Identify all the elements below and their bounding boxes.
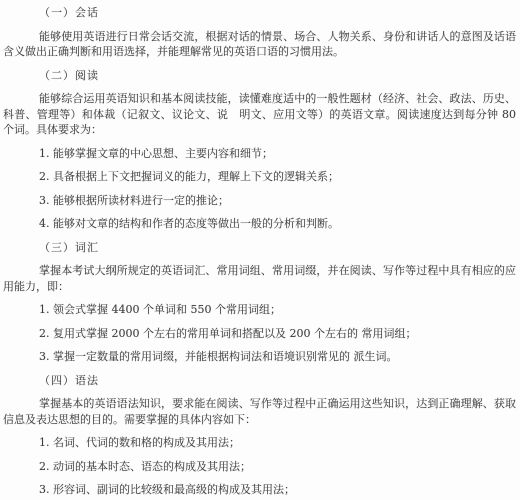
list-item-grammar-3: 3. 形容词、副词的比较级和最高级的构成及其用法；: [3, 482, 516, 498]
list-item-reading-2: 2. 具备根据上下文把握词义的能力，理解上下文的逻辑关系；: [3, 169, 516, 185]
paragraph-vocabulary: 掌握本考试大纲所规定的英语词汇、常用词组、常用词缀，并在阅读、写作等过程中具有相…: [3, 263, 516, 294]
list-item-vocabulary-1: 1. 领会式掌握 4400 个单词和 550 个常用词组；: [3, 302, 516, 318]
list-item-reading-3: 3. 能够根据所读材料进行一定的推论；: [3, 193, 516, 209]
section-heading-vocabulary: （三）词汇: [3, 240, 516, 256]
document-page: （一）会话 能够使用英语进行日常会话交流，根据对话的情景、场合、人物关系、身份和…: [0, 0, 520, 500]
paragraph-conversation: 能够使用英语进行日常会话交流，根据对话的情景、场合、人物关系、身份和讲话人的意图…: [3, 29, 516, 60]
paragraph-reading: 能够综合运用英语知识和基本阅读技能，读懂难度适中的一般性题材（经济、社会、政法、…: [3, 91, 516, 138]
paragraph-grammar: 掌握基本的英语语法知识，要求能在阅读、写作等过程中正确运用这些知识，达到正确理解…: [3, 396, 516, 427]
list-item-reading-1: 1. 能够掌握文章的中心思想、主要内容和细节；: [3, 146, 516, 162]
list-item-vocabulary-2: 2. 复用式掌握 2000 个左右的常用单词和搭配以及 200 个左右的 常用词…: [3, 326, 516, 342]
list-item-reading-4: 4. 能够对文章的结构和作者的态度等做出一般的分析和判断。: [3, 216, 516, 232]
list-item-grammar-1: 1. 名词、代词的数和格的构成及其用法；: [3, 435, 516, 451]
section-heading-grammar: （四）语法: [3, 373, 516, 389]
section-heading-reading: （二）阅读: [3, 68, 516, 84]
list-item-grammar-2: 2. 动词的基本时态、语态的构成及其用法；: [3, 459, 516, 475]
section-heading-conversation: （一）会话: [3, 5, 516, 21]
list-item-vocabulary-3: 3. 掌握一定数量的常用词缀，并能根据构词法和语境识别常见的 派生词。: [3, 349, 516, 365]
